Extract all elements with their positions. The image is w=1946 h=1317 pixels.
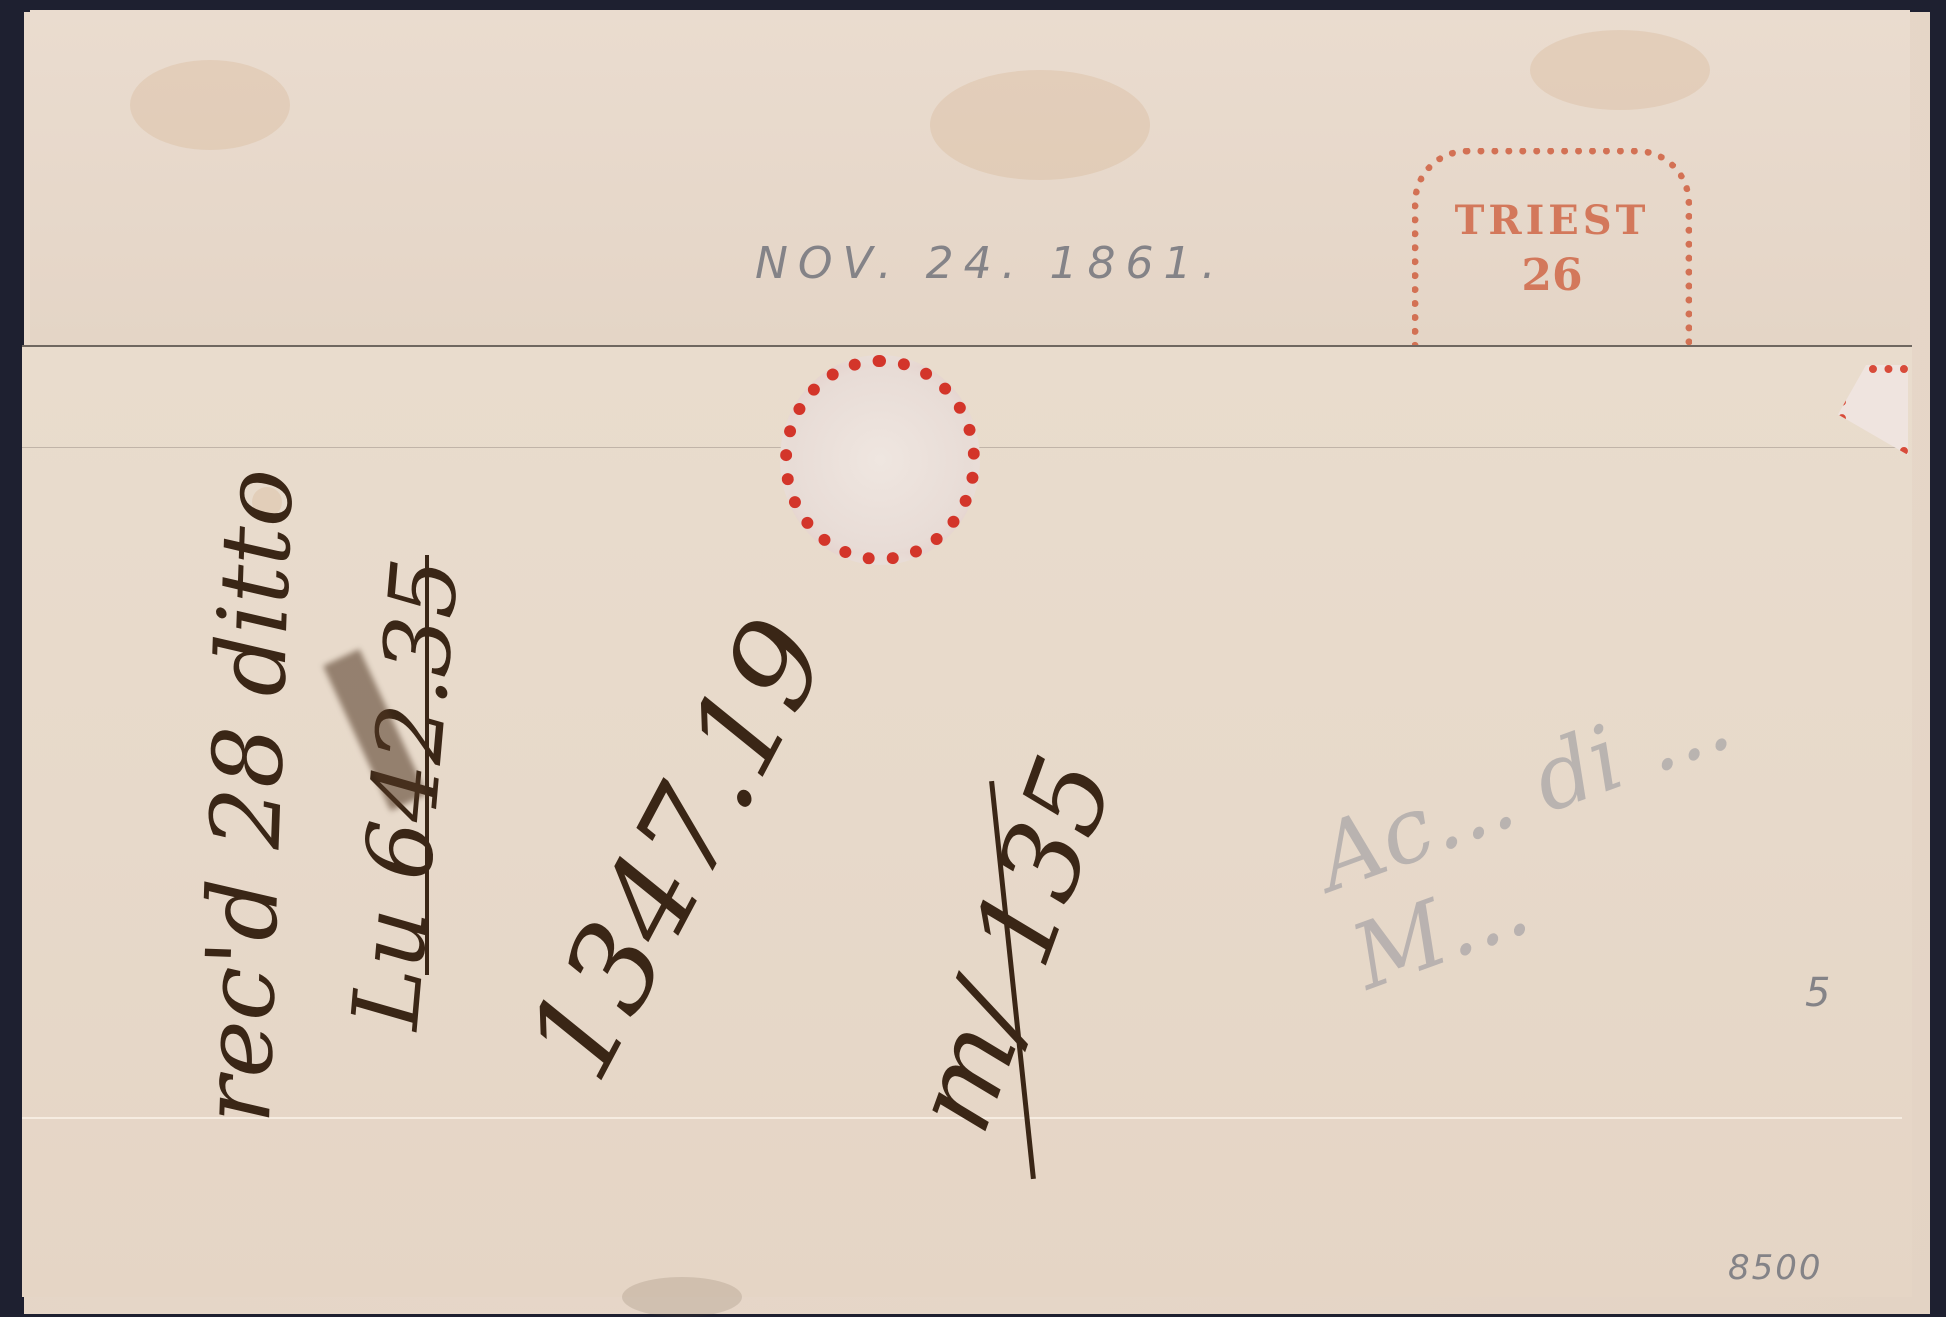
pencil-catalog-number: 8500	[1728, 1248, 1823, 1288]
underline-stroke	[425, 555, 429, 975]
pencil-edge-mark: 5	[1805, 970, 1830, 1016]
foxing-stain	[130, 60, 290, 150]
red-wax-seal	[780, 355, 980, 565]
manuscript-received-note: rec'd 28 ditto	[180, 467, 315, 1125]
postmark-town: TRIEST	[1419, 197, 1685, 244]
foxing-stain	[930, 70, 1150, 180]
foxing-stain	[622, 1277, 742, 1317]
pencil-date: NOV. 24. 1861.	[755, 238, 1226, 289]
foxing-stain	[1530, 30, 1710, 110]
triest-postmark: TRIEST 26	[1412, 148, 1692, 353]
postmark-day: 26	[1419, 250, 1685, 301]
